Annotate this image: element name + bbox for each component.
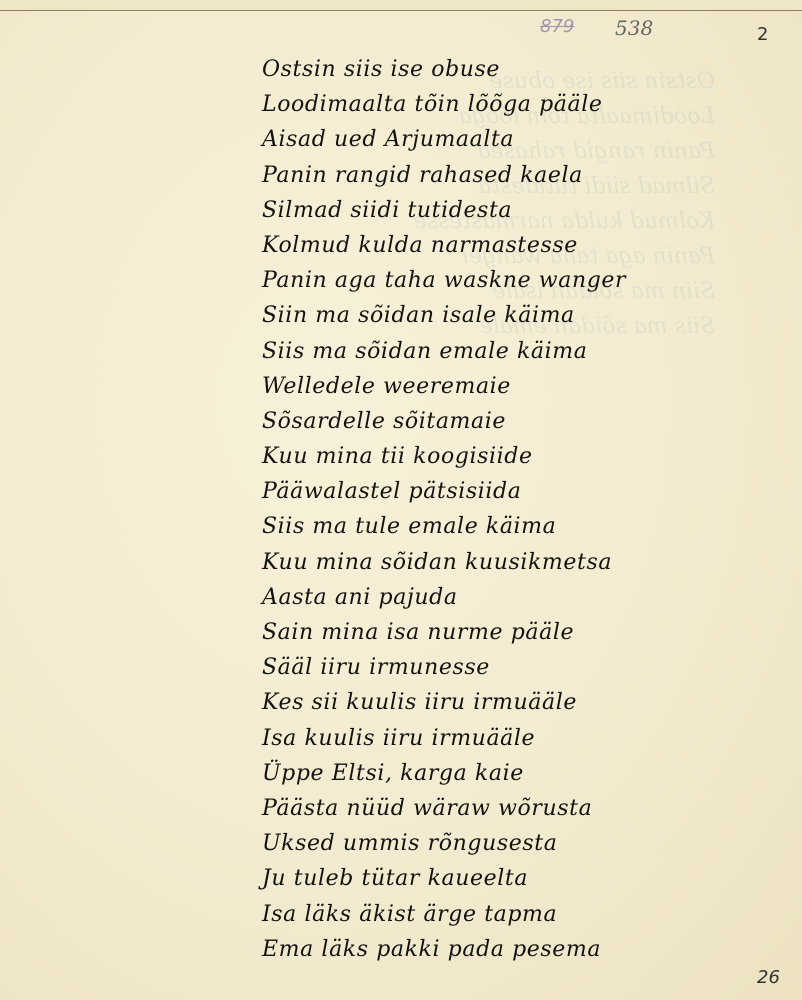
verse-line: Kuu mina tii koogisiide: [262, 439, 626, 474]
verse-line: Loodimaalta tõin lõõga pääle: [262, 87, 626, 122]
verse-line: Aisad ued Arjumaalta: [262, 122, 626, 157]
verse-line: Siis ma sõidan emale käima: [262, 334, 626, 369]
folio-number: 26: [757, 967, 780, 988]
verse-line: Siis ma tule emale käima: [262, 509, 626, 544]
verse-line: Silmad siidi tutidesta: [262, 193, 626, 228]
verse-line: Pääwalastel pätsisiida: [262, 474, 626, 509]
page-number: 2: [757, 24, 768, 45]
verse-line: Uksed ummis rõngusesta: [262, 826, 626, 861]
verse-line: Isa kuulis iiru irmuääle: [262, 721, 626, 756]
verse-line: Isa läks äkist ärge tapma: [262, 897, 626, 932]
archive-number: 538: [615, 16, 653, 40]
verse-line: Kolmud kulda narmastesse: [262, 228, 626, 263]
verse-line: Siin ma sõidan isale käima: [262, 298, 626, 333]
verse-list: Ostsin siis ise obuse Loodimaalta tõin l…: [262, 52, 626, 967]
verse-line: Ema läks pakki pada pesema: [262, 932, 626, 967]
verse-line: Sõsardelle sõitamaie: [262, 404, 626, 439]
verse-line: Kuu mina sõidan kuusikmetsa: [262, 545, 626, 580]
verse-line: Sain mina isa nurme pääle: [262, 615, 626, 650]
manuscript-page: Ostsin siis ise obuse Loodimaalta tõin l…: [0, 4, 802, 1000]
verse-line: Panin rangid rahased kaela: [262, 158, 626, 193]
verse-line: Üppe Eltsi, karga kaie: [262, 756, 626, 791]
torn-top-edge: [0, 4, 802, 11]
verse-line: Kes sii kuulis iiru irmuääle: [262, 685, 626, 720]
verse-line: Päästa nüüd wäraw wõrusta: [262, 791, 626, 826]
verse-line: Ostsin siis ise obuse: [262, 52, 626, 87]
struck-archive-number: 879: [540, 16, 574, 37]
verse-line: Ju tuleb tütar kaueelta: [262, 861, 626, 896]
verse-line: Aasta ani pajuda: [262, 580, 626, 615]
verse-line: Welledele weeremaie: [262, 369, 626, 404]
verse-line: Panin aga taha waskne wanger: [262, 263, 626, 298]
verse-line: Sääl iiru irmunesse: [262, 650, 626, 685]
